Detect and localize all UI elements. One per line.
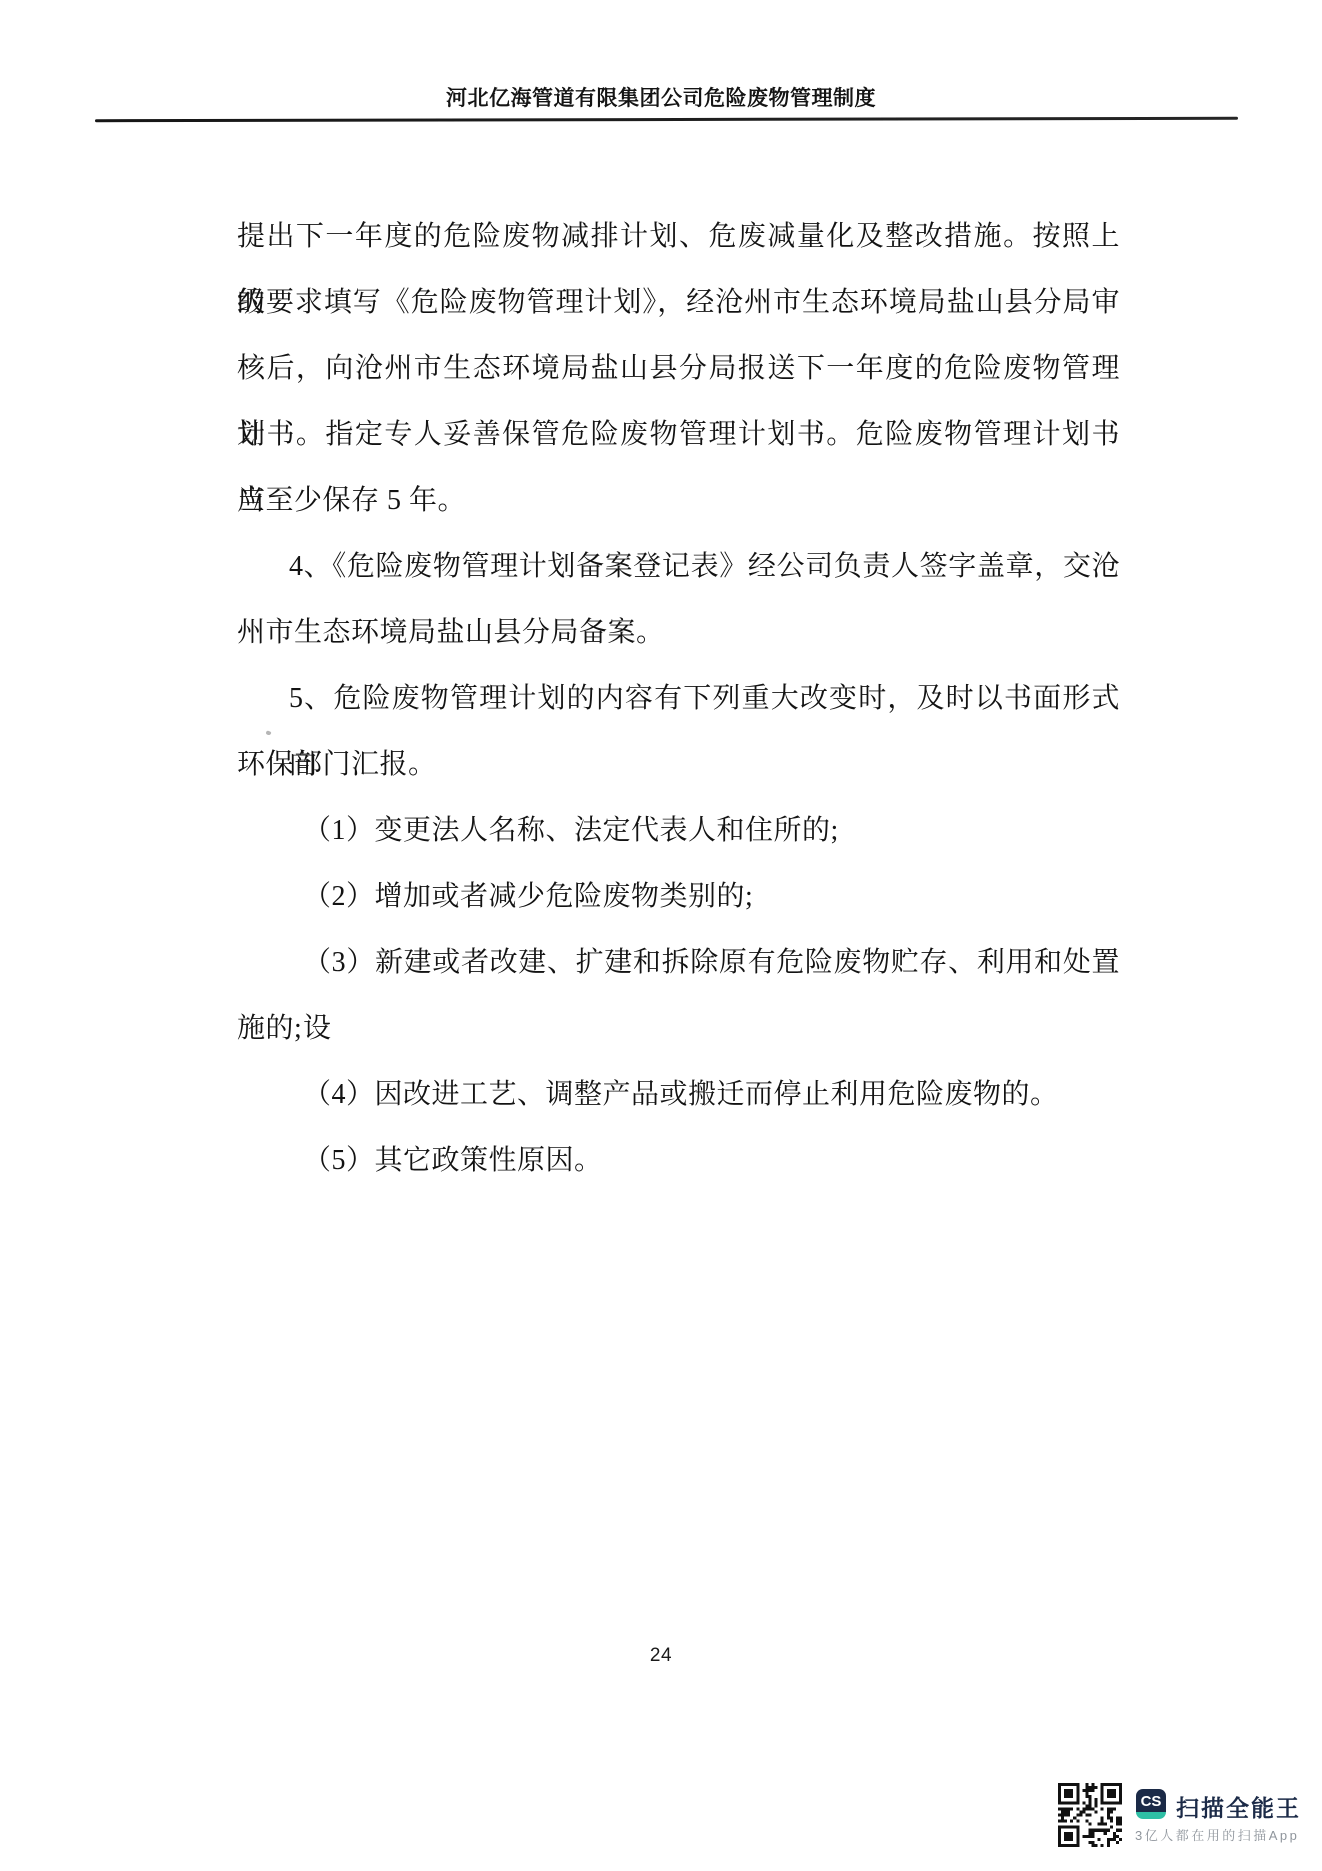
- qr-code: [1058, 1783, 1122, 1847]
- text-line: 当至少保存 5 年。: [237, 468, 1120, 534]
- page-header-title: 河北亿海管道有限集团公司危险废物管理制度: [0, 82, 1322, 112]
- text-line: （4）因改进工艺、调整产品或搬迁而停止利用危险废物的。: [303, 1062, 1120, 1128]
- text-line: 划书。指定专人妥善保管危险废物管理计划书。危险废物管理计划书应: [237, 402, 1120, 468]
- text-line: 5、危险废物管理计划的内容有下列重大改变时，及时以书面形式向: [289, 666, 1120, 732]
- scanned-document-page: 河北亿海管道有限集团公司危险废物管理制度 提出下一年度的危险废物减排计划、危废减…: [0, 0, 1322, 1871]
- text-line: （3）新建或者改建、扩建和拆除原有危险废物贮存、利用和处置设: [303, 930, 1120, 996]
- text-line: （1）变更法人名称、法定代表人和住所的;: [303, 798, 1120, 864]
- text-line: 提出下一年度的危险废物减排计划、危废减量化及整改措施。按照上级: [237, 204, 1120, 270]
- text-line: 施的;: [237, 996, 1120, 1062]
- text-line: 州市生态环境局盐山县分局备案。: [237, 600, 1120, 666]
- text-line: （5）其它政策性原因。: [303, 1128, 1120, 1194]
- camscanner-tagline: 3亿人都在用的扫描App: [1135, 1825, 1299, 1844]
- page-number: 24: [0, 1645, 1322, 1667]
- text-line: 核后，向沧州市生态环境局盐山县分局报送下一年度的危险废物管理计: [237, 336, 1120, 402]
- camscanner-app-name: 扫描全能王: [1176, 1790, 1301, 1823]
- text-line: （2）增加或者减少危险废物类别的;: [303, 864, 1120, 930]
- text-line: 4、《危险废物管理计划备案登记表》经公司负责人签字盖章，交沧: [289, 534, 1120, 600]
- text-line: 的要求填写《危险废物管理计划》，经沧州市生态环境局盐山县分局审: [237, 270, 1120, 336]
- text-line: 环保部门汇报。: [237, 732, 1120, 798]
- header-rule: [95, 117, 1238, 122]
- document-body: 提出下一年度的危险废物减排计划、危废减量化及整改措施。按照上级的要求填写《危险废…: [237, 204, 1120, 1194]
- camscanner-logo-icon: CS: [1136, 1789, 1166, 1819]
